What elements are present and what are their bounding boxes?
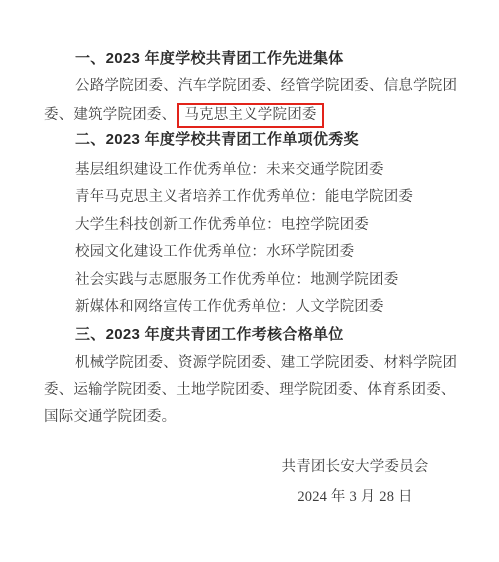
section-1-heading: 一、2023 年度学校共青团工作先进集体 (75, 49, 344, 69)
award-item: 大学生科技创新工作优秀单位：电控学院团委 (75, 215, 369, 235)
document-page: 一、2023 年度学校共青团工作先进集体 公路学院团委、汽车学院团委、经管学院团… (0, 0, 499, 562)
award-item: 新媒体和网络宣传工作优秀单位：人文学院团委 (75, 297, 384, 317)
section-3-body-line-3: 国际交通学院团委。 (44, 407, 176, 427)
section-2-heading: 二、2023 年度学校共青团工作单项优秀奖 (75, 130, 359, 150)
award-item: 社会实践与志愿服务工作优秀单位：地测学院团委 (75, 270, 398, 290)
award-item: 基层组织建设工作优秀单位：未来交通学院团委 (75, 160, 384, 180)
award-item: 青年马克思主义者培养工作优秀单位：能电学院团委 (75, 187, 413, 207)
section-1-body-line-1: 公路学院团委、汽车学院团委、经管学院团委、信息学院团 (75, 76, 457, 96)
signature-organization: 共青团长安大学委员会 (250, 457, 460, 477)
section-3-body-line-2: 委、运输学院团委、土地学院团委、理学院团委、体育系团委、 (44, 380, 456, 400)
section-3-heading: 三、2023 年度共青团工作考核合格单位 (75, 325, 344, 345)
signature-date: 2024 年 3 月 28 日 (250, 487, 460, 507)
highlighted-unit-red-box: 马克思主义学院团委 (177, 103, 323, 128)
award-item: 校园文化建设工作优秀单位：水环学院团委 (75, 242, 354, 262)
section-1-body-line-2-text: 委、建筑学院团委、 (44, 107, 176, 123)
section-1-body-line-2: 委、建筑学院团委、马克思主义学院团委 (44, 103, 324, 128)
section-3-body-line-1: 机械学院团委、资源学院团委、建工学院团委、材料学院团 (75, 353, 457, 373)
